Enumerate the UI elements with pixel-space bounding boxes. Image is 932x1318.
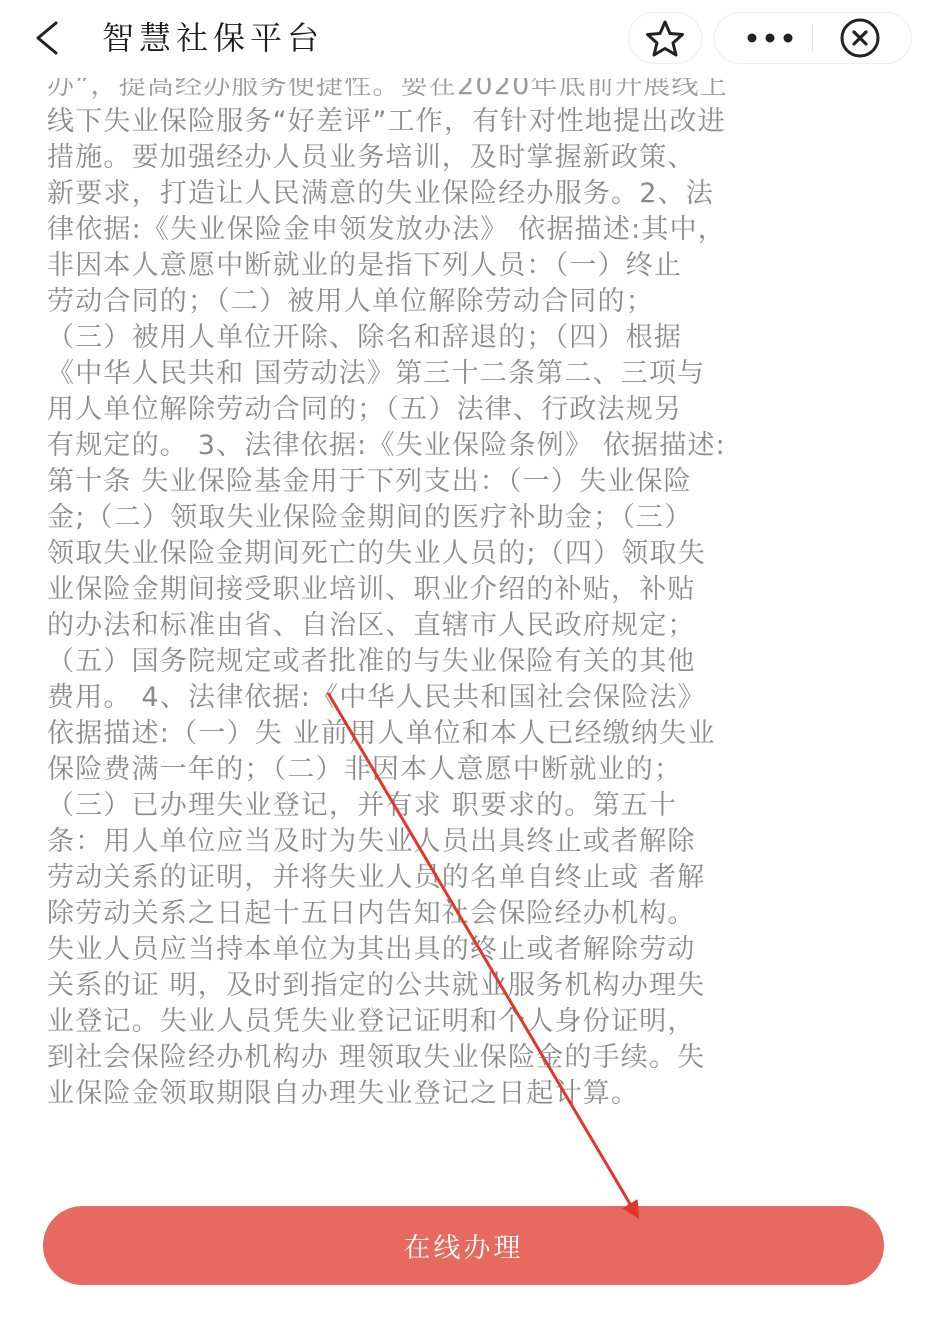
text-line: 劳动关系的证明，并将失业人员的名单自终止或 者解 [47, 860, 907, 896]
more-button[interactable] [735, 18, 805, 58]
top-nav-bar: 智慧社保平台 [0, 0, 932, 78]
text-line: 业保险金领取期限自办理失业登记之日起计算。 [47, 1076, 907, 1112]
text-line: 费用。 4、法律依据:《中华人民共和国社会保险法》 [47, 680, 907, 716]
text-line: 业保险金期间接受职业培训、职业介绍的补贴，补贴 [47, 572, 907, 608]
page-title: 智慧社保平台 [102, 16, 324, 60]
apply-online-button[interactable]: 在线办理 [43, 1206, 884, 1285]
favorite-button[interactable] [640, 18, 690, 58]
text-line: 新要求，打造让人民满意的失业保险经办服务。2、法 [47, 176, 907, 212]
star-outline-icon [645, 19, 685, 57]
text-line: 业登记。失业人员凭失业登记证明和个人身份证明， [47, 1004, 907, 1040]
text-line: 劳动合同的；（二）被用人单位解除劳动合同的； [47, 284, 907, 320]
text-line: 关系的证 明，及时到指定的公共就业服务机构办理失 [47, 968, 907, 1004]
back-button[interactable] [28, 18, 68, 58]
capsule-divider [812, 24, 813, 52]
close-button[interactable] [832, 16, 888, 60]
close-circle-icon [838, 16, 882, 60]
text-line: 依据描述:（一）失 业前用人单位和本人已经缴纳失业 [47, 716, 907, 752]
text-line: 律依据:《失业保险金申领发放办法》 依据描述:其中， [47, 212, 907, 248]
text-line: 线下失业保险服务“好差评”工作，有针对性地提出改进 [47, 104, 907, 140]
policy-description: 办”，提高经办服务便捷性。要在2020年底前开展线上 线下失业保险服务“好差评”… [47, 68, 907, 1112]
text-line: 条：用人单位应当及时为失业人员出具终止或者解除 [47, 824, 907, 860]
text-line: 措施。要加强经办人员业务培训，及时掌握新政策、 [47, 140, 907, 176]
text-line: 失业人员应当持本单位为其出具的终止或者解除劳动 [47, 932, 907, 968]
chevron-left-icon [28, 18, 68, 58]
text-line: （五）国务院规定或者批准的与失业保险有关的其他 [47, 644, 907, 680]
text-line: 的办法和标准由省、自治区、直辖市人民政府规定； [47, 608, 907, 644]
text-line: 金;（二）领取失业保险金期间的医疗补助金；（三） [47, 500, 907, 536]
text-line: 有规定的。 3、法律依据:《失业保险条例》 依据描述: [47, 428, 907, 464]
text-line: 到社会保险经办机构办 理领取失业保险金的手续。失 [47, 1040, 907, 1076]
text-line: 用人单位解除劳动合同的；（五）法律、行政法规另 [47, 392, 907, 428]
text-line: 除劳动关系之日起十五日内告知社会保险经办机构。 [47, 896, 907, 932]
text-line: 领取失业保险金期间死亡的失业人员的;（四）领取失 [47, 536, 907, 572]
more-dots-icon [740, 31, 800, 45]
text-line: 第十条 失业保险基金用于下列支出：（一）失业保险 [47, 464, 907, 500]
text-line: （三）被用人单位开除、除名和辞退的；（四）根据 [47, 320, 907, 356]
text-line: 《中华人民共和 国劳动法》第三十二条第二、三项与 [47, 356, 907, 392]
text-line: （三）已办理失业登记，并有求 职要求的。第五十 [47, 788, 907, 824]
text-line: 非因本人意愿中断就业的是指下列人员：（一）终止 [47, 248, 907, 284]
text-line: 保险费满一年的；（二）非因本人意愿中断就业的； [47, 752, 907, 788]
